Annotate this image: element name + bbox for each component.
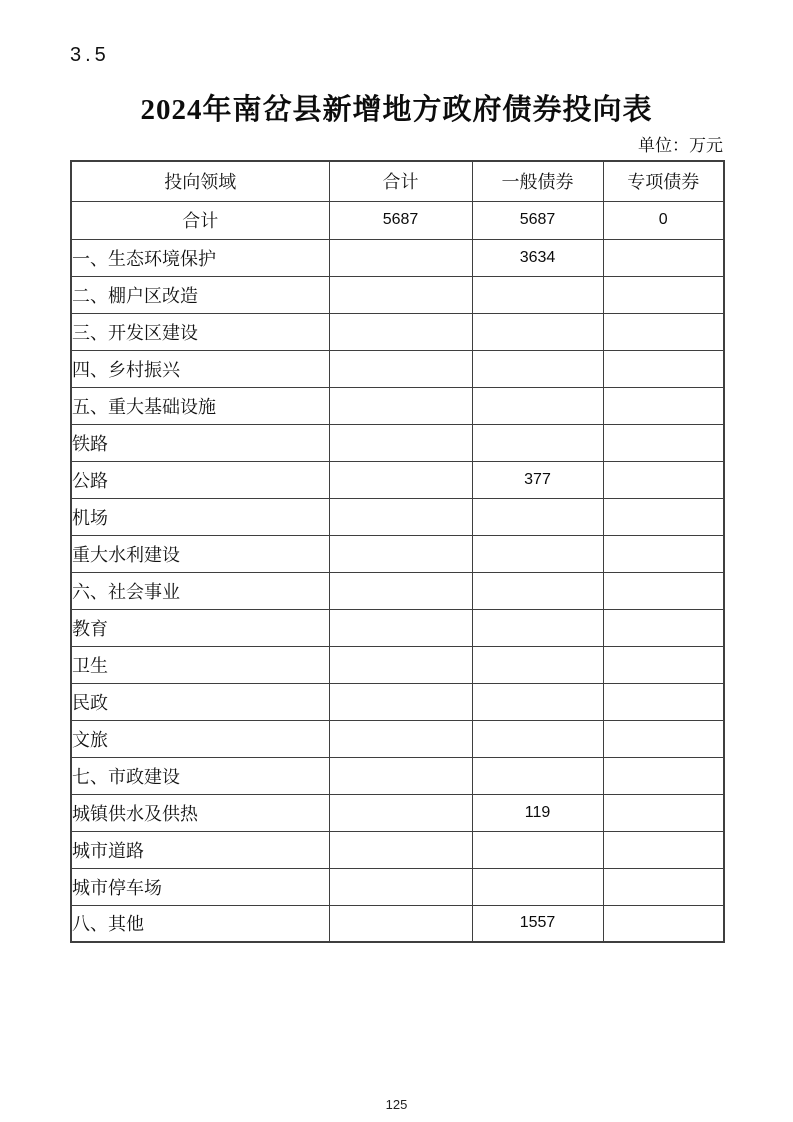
- special-cell: [603, 424, 724, 461]
- special-cell: [603, 572, 724, 609]
- total-cell: [329, 905, 472, 942]
- area-cell: 六、社会事业: [71, 572, 329, 609]
- area-cell: 二、棚户区改造: [71, 276, 329, 313]
- area-cell: 卫生: [71, 646, 329, 683]
- special-cell: 0: [603, 201, 724, 239]
- table-row: 铁路: [71, 424, 724, 461]
- total-cell: [329, 461, 472, 498]
- table-row: 一、生态环境保护3634: [71, 239, 724, 276]
- column-header-area: 投向领域: [71, 161, 329, 201]
- total-cell: [329, 720, 472, 757]
- table-row: 文旅: [71, 720, 724, 757]
- general-cell: [472, 572, 603, 609]
- area-cell: 七、市政建设: [71, 757, 329, 794]
- area-cell: 城镇供水及供热: [71, 794, 329, 831]
- total-cell: [329, 609, 472, 646]
- general-cell: [472, 720, 603, 757]
- special-cell: [603, 350, 724, 387]
- general-cell: [472, 535, 603, 572]
- table-header-row: 投向领域 合计 一般债券 专项债券: [71, 161, 724, 201]
- total-cell: [329, 831, 472, 868]
- column-header-total: 合计: [329, 161, 472, 201]
- general-cell: [472, 498, 603, 535]
- special-cell: [603, 276, 724, 313]
- column-header-general: 一般债券: [472, 161, 603, 201]
- section-number: 3.5: [70, 44, 110, 67]
- area-cell: 合计: [71, 201, 329, 239]
- special-cell: [603, 757, 724, 794]
- table-row: 民政: [71, 683, 724, 720]
- general-cell: [472, 276, 603, 313]
- table-row: 重大水利建设: [71, 535, 724, 572]
- table-row: 五、重大基础设施: [71, 387, 724, 424]
- special-cell: [603, 313, 724, 350]
- general-cell: 377: [472, 461, 603, 498]
- table-row: 二、棚户区改造: [71, 276, 724, 313]
- special-cell: [603, 831, 724, 868]
- general-cell: [472, 387, 603, 424]
- total-cell: [329, 794, 472, 831]
- total-cell: [329, 498, 472, 535]
- total-cell: [329, 757, 472, 794]
- total-cell: [329, 424, 472, 461]
- special-cell: [603, 794, 724, 831]
- total-cell: [329, 239, 472, 276]
- total-cell: [329, 572, 472, 609]
- area-cell: 铁路: [71, 424, 329, 461]
- special-cell: [603, 609, 724, 646]
- total-cell: [329, 313, 472, 350]
- area-cell: 一、生态环境保护: [71, 239, 329, 276]
- table-row: 六、社会事业: [71, 572, 724, 609]
- table-total-row: 合计568756870: [71, 201, 724, 239]
- table-row: 三、开发区建设: [71, 313, 724, 350]
- area-cell: 文旅: [71, 720, 329, 757]
- special-cell: [603, 868, 724, 905]
- table-row: 四、乡村振兴: [71, 350, 724, 387]
- area-cell: 五、重大基础设施: [71, 387, 329, 424]
- document-page: 3.5 2024年南岔县新增地方政府债券投向表 单位：万元 投向领域 合计 一般…: [0, 0, 793, 1122]
- general-cell: [472, 609, 603, 646]
- table-row: 城市停车场: [71, 868, 724, 905]
- general-cell: [472, 313, 603, 350]
- area-cell: 教育: [71, 609, 329, 646]
- area-cell: 八、其他: [71, 905, 329, 942]
- general-cell: [472, 646, 603, 683]
- total-cell: [329, 868, 472, 905]
- table-row: 城市道路: [71, 831, 724, 868]
- general-cell: 3634: [472, 239, 603, 276]
- area-cell: 公路: [71, 461, 329, 498]
- area-cell: 三、开发区建设: [71, 313, 329, 350]
- general-cell: [472, 757, 603, 794]
- total-cell: [329, 350, 472, 387]
- general-cell: [472, 868, 603, 905]
- area-cell: 机场: [71, 498, 329, 535]
- special-cell: [603, 683, 724, 720]
- area-cell: 重大水利建设: [71, 535, 329, 572]
- total-cell: [329, 276, 472, 313]
- special-cell: [603, 535, 724, 572]
- bond-investment-table: 投向领域 合计 一般债券 专项债券 合计568756870一、生态环境保护363…: [70, 160, 725, 943]
- total-cell: [329, 535, 472, 572]
- area-cell: 城市停车场: [71, 868, 329, 905]
- table-row: 教育: [71, 609, 724, 646]
- total-cell: [329, 387, 472, 424]
- general-cell: [472, 424, 603, 461]
- table-row: 七、市政建设: [71, 757, 724, 794]
- table-row: 公路377: [71, 461, 724, 498]
- table-row: 城镇供水及供热119: [71, 794, 724, 831]
- page-number: 125: [0, 1097, 793, 1112]
- general-cell: [472, 831, 603, 868]
- table-row: 卫生: [71, 646, 724, 683]
- special-cell: [603, 461, 724, 498]
- special-cell: [603, 239, 724, 276]
- total-cell: [329, 683, 472, 720]
- general-cell: [472, 683, 603, 720]
- column-header-special: 专项债券: [603, 161, 724, 201]
- special-cell: [603, 720, 724, 757]
- special-cell: [603, 387, 724, 424]
- general-cell: [472, 350, 603, 387]
- total-cell: 5687: [329, 201, 472, 239]
- area-cell: 四、乡村振兴: [71, 350, 329, 387]
- table-row: 机场: [71, 498, 724, 535]
- total-cell: [329, 646, 472, 683]
- unit-label: 单位：万元: [638, 131, 723, 156]
- special-cell: [603, 646, 724, 683]
- general-cell: 5687: [472, 201, 603, 239]
- special-cell: [603, 905, 724, 942]
- special-cell: [603, 498, 724, 535]
- page-title: 2024年南岔县新增地方政府债券投向表: [0, 87, 793, 128]
- general-cell: 119: [472, 794, 603, 831]
- table-row: 八、其他1557: [71, 905, 724, 942]
- general-cell: 1557: [472, 905, 603, 942]
- area-cell: 城市道路: [71, 831, 329, 868]
- area-cell: 民政: [71, 683, 329, 720]
